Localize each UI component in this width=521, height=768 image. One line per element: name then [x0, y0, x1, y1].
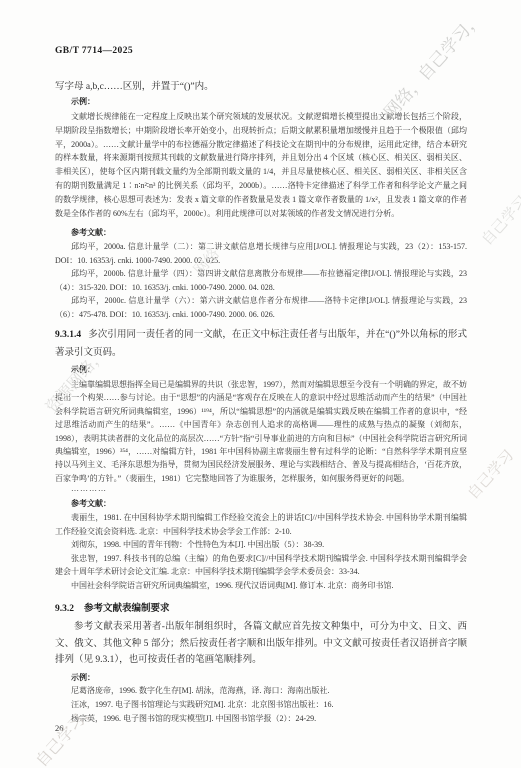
reference-entry: 裴丽生，1981. 在中国科协学术期刊编辑工作经验交流会上的讲话[C]//中国科…	[55, 511, 467, 538]
section-heading-title: 参考文献表编制要求	[84, 604, 170, 614]
section-heading: 9.3.2参考文献表编制要求	[55, 600, 467, 614]
clause-text: 多次引用同一责任者的同一文献，在正文中标注责任者与出版年，并在“()”外以角标的…	[55, 330, 467, 358]
ellipsis-line: …………	[71, 484, 483, 493]
example-label: 示例：	[71, 96, 483, 107]
reference-entry: 邱均平，2000b. 信息计量学（四）：第四讲文献信息离散分布规律——布拉德福定…	[55, 267, 467, 294]
section-heading-number: 9.3.2	[55, 604, 74, 614]
watermark-text: 自己学习	[476, 191, 521, 250]
reference-list: 尼葛洛庞帝，1996. 数字化生存[M]. 胡泳，范海燕，译. 海口：海南出版社…	[55, 684, 467, 727]
reference-entry: 邱均平，2000c. 信息计量学（六）：第六讲文献信息作者分布规律——洛特卡定律…	[55, 294, 467, 321]
clause-9.3.1.4: 9.3.1.4多次引用同一责任者的同一文献，在正文中标注责任者与出版年，并在“(…	[55, 326, 467, 362]
reference-entry: 邱均平，2000a. 信息计量学（二）：第二讲文献信息增长规律与应用[J/OL]…	[55, 240, 467, 267]
standard-number: GB/T 7714—2025	[55, 46, 467, 56]
reference-entry: 中国社会科学院语言研究所词典编辑室，1996. 现代汉语词典[M]. 修订本. …	[55, 579, 467, 593]
references-label: 参考文献：	[71, 227, 483, 238]
example-paragraph: 主编靠编辑思想指挥全局已是编辑界的共识（张忠智，1997），然而对编辑思想至今没…	[55, 378, 467, 485]
reference-list: 邱均平，2000a. 信息计量学（二）：第二讲文献信息增长规律与应用[J/OL]…	[55, 240, 467, 322]
body-paragraph: 参考文献表采用著者-出版年制组织时，各篇文献应首先按文种集中，可分为中文、日文、…	[55, 619, 467, 669]
reference-entry: 汪冰，1997. 电子图书馆理论与实践研究[M]. 北京：北京图书馆出版社：16…	[55, 698, 467, 712]
document-page: 网络，自己学习， 自己学习 资源网络， 自己学习 自己学习， 网络 GB/T 7…	[0, 0, 521, 768]
reference-entry: 刘彻东，1998. 中国的青年刊物：个性特色为本[J]. 中国出版（5）：38-…	[55, 538, 467, 552]
example-paragraph: 文献增长规律能在一定程度上反映出某个研究领域的发展状况。文献逻辑增长模型提出文献…	[55, 110, 467, 220]
reference-entry: 尼葛洛庞帝，1996. 数字化生存[M]. 胡泳，范海燕，译. 海口：海南出版社…	[55, 684, 467, 698]
reference-entry: 张忠智，1997. 科技书刊的总编（主编）的角色要求[C]//中国科学技术期刊编…	[55, 552, 467, 579]
body-paragraph: 写字母 a,b,c……区别，并置于“()”内。	[55, 78, 467, 96]
page-number: 26	[55, 723, 467, 733]
clause-number: 9.3.1.4	[55, 330, 81, 340]
watermark-text: 自己学习	[462, 445, 518, 504]
example-label: 示例：	[71, 672, 483, 683]
example-label: 示例：	[71, 364, 483, 375]
references-label: 参考文献：	[71, 498, 483, 509]
reference-list: 裴丽生，1981. 在中国科协学术期刊编辑工作经验交流会上的讲话[C]//中国科…	[55, 511, 467, 593]
